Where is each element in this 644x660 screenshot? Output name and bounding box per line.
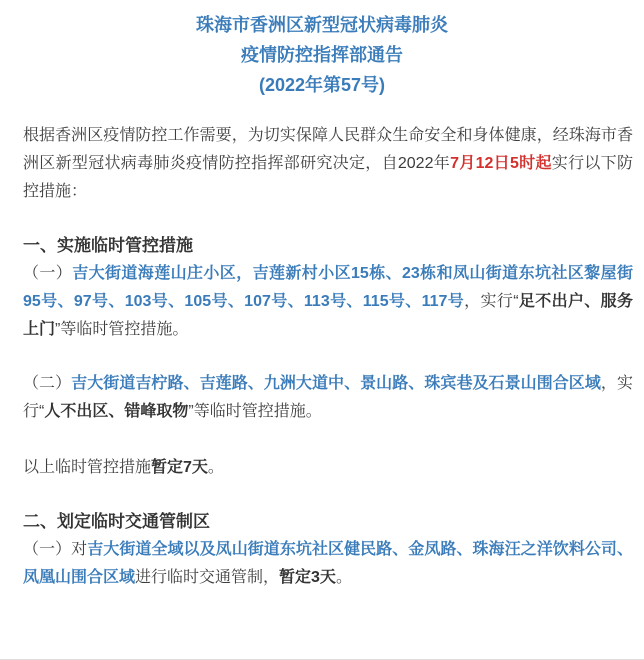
section-2-heading: 二、划定临时交通管制区 xyxy=(23,508,633,536)
duration-note-tail: 。 xyxy=(208,459,224,476)
notice-document: 珠海市香洲区新型冠状病毒肺炎 疫情防控指挥部通告 (2022年第57号) 根据香… xyxy=(0,0,644,660)
control-measure-item-1: （一）吉大街道海莲山庄小区，吉莲新村小区15栋、23栋和凤山街道东坑社区黎屋街9… xyxy=(23,260,633,344)
notice-title: 珠海市香洲区新型冠状病毒肺炎 疫情防控指挥部通告 (2022年第57号) xyxy=(23,10,621,100)
item-2-label: （二） xyxy=(23,375,71,392)
item-1-tail-text: ”等临时管控措施。 xyxy=(55,321,188,338)
item-1-label: （一） xyxy=(23,265,72,282)
item-1-mid-text: ，实行“ xyxy=(464,293,518,310)
control-measure-item-2: （二）吉大街道吉柠路、吉莲路、九洲大道中、景山路、珠宾巷及石景山围合区域，实行“… xyxy=(23,370,633,426)
duration-3-days-emphasis: 暂定3天 xyxy=(279,569,336,586)
notice-title-number: (2022年第57号) xyxy=(23,70,621,100)
traffic-control-item: （一）对吉大街道全域以及凤山街道东坑社区健民路、金凤路、珠海汪之洋饮料公司、凤凰… xyxy=(23,536,633,592)
item-2-controlled-areas-highlight: 吉大街道吉柠路、吉莲路、九洲大道中、景山路、珠宾巷及石景山围合区域 xyxy=(71,375,601,392)
effective-time-highlight: 7月12日5时起 xyxy=(450,155,552,172)
notice-title-line1: 珠海市香洲区新型冠状病毒肺炎 xyxy=(23,10,621,40)
duration-note: 以上临时管控措施暂定7天。 xyxy=(23,454,633,482)
item-2-policy-emphasis: 人不出区、错峰取物 xyxy=(44,403,188,420)
duration-7-days-emphasis: 暂定7天 xyxy=(151,459,208,476)
duration-note-lead: 以上临时管控措施 xyxy=(23,459,151,476)
item-2-tail-text: ”等临时管控措施。 xyxy=(188,403,321,420)
notice-title-line2: 疫情防控指挥部通告 xyxy=(23,40,621,70)
traffic-item-tail-text: 。 xyxy=(336,569,352,586)
section-1-heading: 一、实施临时管控措施 xyxy=(23,232,633,260)
intro-paragraph: 根据香洲区疫情防控工作需要，为切实保障人民群众生命安全和身体健康，经珠海市香洲区… xyxy=(23,122,633,206)
traffic-item-label: （一）对 xyxy=(23,541,87,558)
traffic-item-mid-text: 进行临时交通管制， xyxy=(135,569,279,586)
